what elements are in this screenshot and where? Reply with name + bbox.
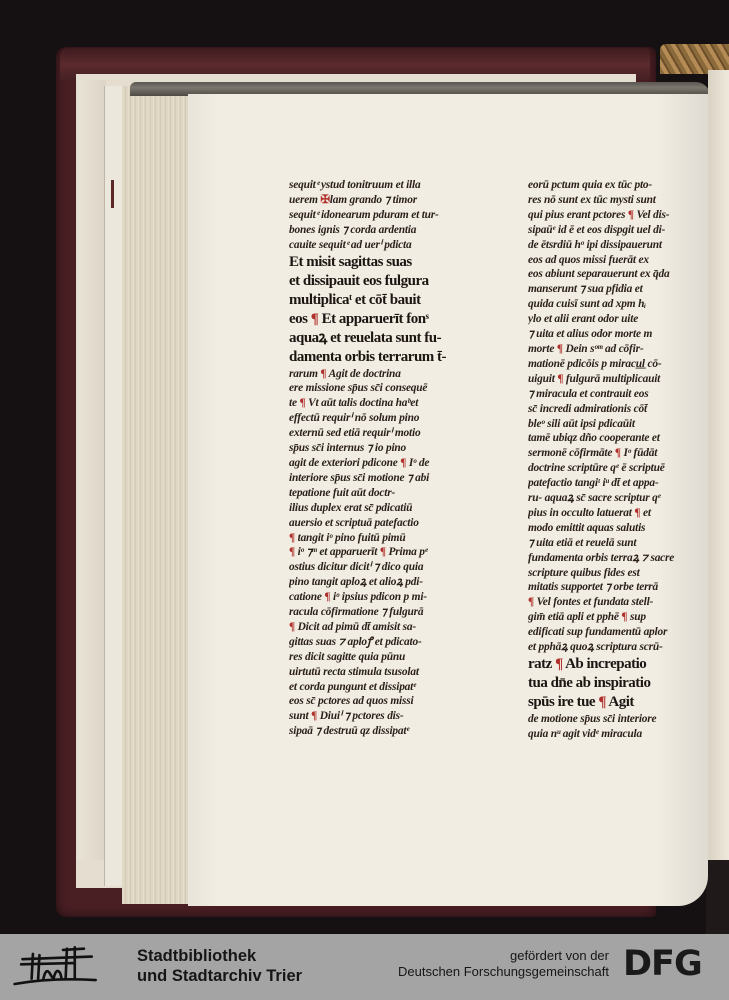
rubric-mark: ¶ [311, 710, 317, 722]
rubric-mark: ¶ [621, 611, 627, 623]
manuscript-line: mationē pdicōis p miracu̲l̲ cō- [528, 357, 708, 372]
text-column-right: eorū pctum quia ex tūc pto-res nō sunt e… [528, 178, 708, 742]
manuscript-line: de motione sp̄us sc̄i interiore [528, 712, 708, 727]
endleaf [78, 80, 106, 860]
manuscript-line: eos abiunt separauerunt ex q̄da [528, 267, 708, 282]
manuscript-line: sipaā ⁊ destruū qz dissipatᵉ [289, 724, 491, 739]
manuscript-line: tamē ubiqz dño cooperante et [528, 431, 708, 446]
manuscript-line: damenta orbis terrarum t̄- [289, 348, 491, 367]
stadtbibliothek-trier-logo-icon [12, 940, 97, 992]
rubric-mark: ¶ [628, 209, 634, 221]
funding-line-2: Deutschen Forschungsgemeinschaft [398, 964, 609, 980]
manuscript-line: qui pius erant pctores ¶ Vel dis- [528, 208, 708, 223]
manuscript-line: pius in occulto latuerat ¶ et [528, 506, 708, 521]
rubric-mark: ¶ [557, 343, 563, 355]
manuscript-line: et dissipauit eos fulgura [289, 272, 491, 291]
manuscript-line: fundamenta orbis terraꝝ ⁊ sacre [528, 551, 708, 566]
manuscript-line: et pphāꝝ quoꝝ scriptura scrū- [528, 640, 708, 655]
bookmark-ribbon [111, 180, 114, 208]
manuscript-line: ostius dicitur dicitⁱ ⁊ dico quia [289, 560, 491, 575]
footer-bar: Stadtbibliothek und Stadtarchiv Trier ge… [0, 934, 729, 1000]
dfg-logo-icon: DFG [623, 946, 702, 982]
manuscript-line: eorū pctum quia ex tūc pto- [528, 178, 708, 193]
manuscript-line: ilius duplex erat sc̄ pdicatiū [289, 501, 491, 516]
manuscript-line: sequit ͤ idonearum pduram et tur- [289, 208, 491, 223]
manuscript-line: ylo et alii erant odor uite [528, 312, 708, 327]
manuscript-line: sequit ͤ ystud tonitruum et illa [289, 178, 491, 193]
manuscript-line: externū sed etiā requirⁱ motio [289, 426, 491, 441]
manuscript-line: sermonē cōfirmāte ¶ Iᵒ fūdāt [528, 446, 708, 461]
manuscript-line: eos ¶ Et apparuerīt fonˢ [289, 310, 491, 329]
manuscript-line: ¶ tangit iᵒ pino fuitū pimū [289, 531, 491, 546]
text-column-left: sequit ͤ ystud tonitruum et illauerem ✠l… [289, 178, 491, 739]
funding-line-1: gefördert von der [398, 948, 609, 964]
manuscript-line: pino tangit aploꝝ et alioꝝ pdi- [289, 575, 491, 590]
manuscript-line: bleᵒ sili aūt ipsi pdicaūit [528, 417, 708, 432]
manuscript-line: Et misit sagittas suas [289, 253, 491, 272]
manuscript-scan: sequit ͤ ystud tonitruum et illauerem ✠l… [0, 0, 729, 934]
rubric-mark: ✠ [320, 194, 329, 206]
rubric-mark: ¶ [289, 546, 295, 558]
rubric-mark: ¶ [320, 368, 326, 380]
manuscript-line: te ¶ Vt aūt talis doctina haᵇet [289, 396, 491, 411]
manuscript-line: doctrine scriptūre qᵉ ē scriptuē [528, 461, 708, 476]
manuscript-line: catione ¶ iᵒ ipsius pdicon p mi- [289, 590, 491, 605]
manuscript-line: gim̄ etiā apli et pphē ¶ sup [528, 610, 708, 625]
manuscript-line: ere missione sp̄us sc̄i consequē [289, 381, 491, 396]
manuscript-line: gittas suas ⁊ aploꝭ et pdicato- [289, 635, 491, 650]
manuscript-line: ¶ Dicit ad pimū dt̄ amisit sa- [289, 620, 491, 635]
funding-notice: gefördert von der Deutschen Forschungsge… [398, 948, 609, 980]
manuscript-line: racula cōfirmatione ⁊ fulgurā [289, 605, 491, 620]
manuscript-line: sp̄us sc̄i internus ⁊ io pino [289, 441, 491, 456]
manuscript-line: uerem ✠lam grando ⁊ timor [289, 193, 491, 208]
manuscript-line: sc̄ incredi admirationis cōt̄ [528, 402, 708, 417]
manuscript-line: mitatis supportet ⁊ orbe terrā [528, 580, 708, 595]
rubric-mark: ¶ [555, 656, 563, 672]
manuscript-line: res nō sunt ex tūc mysti sunt [528, 193, 708, 208]
manuscript-line: de ētsrdiū hᵒ ipi dissipauerunt [528, 238, 708, 253]
shadow [706, 860, 729, 934]
manuscript-line: sipaūᵉ id ē et eos dispgit uel di- [528, 223, 708, 238]
rubric-mark: ¶ [528, 596, 534, 608]
manuscript-line: uirtutū recta stimula tsusolat [289, 665, 491, 680]
manuscript-line: auersio et scriptuā patefactio [289, 516, 491, 531]
manuscript-line: quia nᵘ agit vidᵉ miracula [528, 727, 708, 742]
manuscript-line: modo emittit aquas salutis [528, 521, 708, 536]
rubric-mark: ¶ [311, 311, 319, 327]
institution-name: Stadtbibliothek und Stadtarchiv Trier [137, 946, 302, 986]
manuscript-line: interiore sp̄us sc̄i motione ⁊ abi [289, 471, 491, 486]
manuscript-line: ⁊ uita etiā et reuelā sunt [528, 536, 708, 551]
manuscript-line: rarum ¶ Agit de doctrina [289, 367, 491, 382]
manuscript-line: agit de exteriori pdicone ¶ Iᵒ de [289, 456, 491, 471]
manuscript-line: multiplicaᵗ et cōt̄ bauit [289, 291, 491, 310]
manuscript-line: cauite sequit ͤ ad uerⁱ pdicta [289, 238, 491, 253]
manuscript-line: manserunt ⁊ sua pfidia et [528, 282, 708, 297]
rubric-mark: ¶ [299, 397, 305, 409]
manuscript-line: bones ignis ⁊ corda ardentia [289, 223, 491, 238]
manuscript-line: scripture quibus fides est [528, 566, 708, 581]
manuscript-line: ratz ¶ Ab increpatio [528, 655, 708, 674]
rubric-mark: ¶ [289, 532, 295, 544]
manuscript-line: ¶ iᵒ ⁊ᵐ et apparuerīt ¶ Prima pᵉ [289, 545, 491, 560]
institution-line-1: Stadtbibliothek [137, 946, 302, 966]
manuscript-line: ¶ Vel fontes et fundata stell- [528, 595, 708, 610]
rubric-mark: ¶ [634, 507, 640, 519]
page-stack-fore-edge [122, 86, 190, 904]
manuscript-line: morte ¶ Dein sᵒᵐ ad cōfir- [528, 342, 708, 357]
manuscript-line: ⁊ uita et alius odor morte m [528, 327, 708, 342]
manuscript-line: et corda pungunt et dissipatᵉ [289, 680, 491, 695]
manuscript-line: eos sc̄ pctores ad quos missi [289, 694, 491, 709]
rubric-mark: ¶ [400, 457, 406, 469]
manuscript-line: aquaꝝ et reuelata sunt fu- [289, 329, 491, 348]
rubric-mark: ¶ [615, 447, 621, 459]
rubric-mark: ¶ [289, 621, 295, 633]
manuscript-line: ⁊ miracula et contrauit eos [528, 387, 708, 402]
rubric-mark: ¶ [380, 546, 386, 558]
manuscript-line: spūs ire tue ¶ Agit [528, 693, 708, 712]
manuscript-line: tepatione fuit aūt doctr- [289, 486, 491, 501]
manuscript-line: eos ad quos missi fuerāt ex [528, 253, 708, 268]
manuscript-line: ru- aquaꝝ sc̄ sacre scriptur qᵉ [528, 491, 708, 506]
rubric-mark: ¶ [557, 373, 563, 385]
rubric-mark: ¶ [598, 694, 606, 710]
manuscript-line: res dicit sagitte quia pūnu [289, 650, 491, 665]
facing-page-edge [708, 70, 729, 870]
manuscript-line: sunt ¶ Diuiⁱ ⁊ pctores dis- [289, 709, 491, 724]
rubric-mark: ¶ [324, 591, 330, 603]
manuscript-line: quida cuisī sunt ad xpm hᵢ [528, 297, 708, 312]
manuscript-line: patefactio tangiᵗ iᵘ dt̄ et appa- [528, 476, 708, 491]
manuscript-line: uiguit ¶ fulgurā multiplicauit [528, 372, 708, 387]
manuscript-line: edificati sup fundamentū aplor [528, 625, 708, 640]
manuscript-line: tua dn̄e ab inspiratio [528, 674, 708, 693]
manuscript-line: effectū requirⁱ nō solum pino [289, 411, 491, 426]
institution-line-2: und Stadtarchiv Trier [137, 966, 302, 986]
